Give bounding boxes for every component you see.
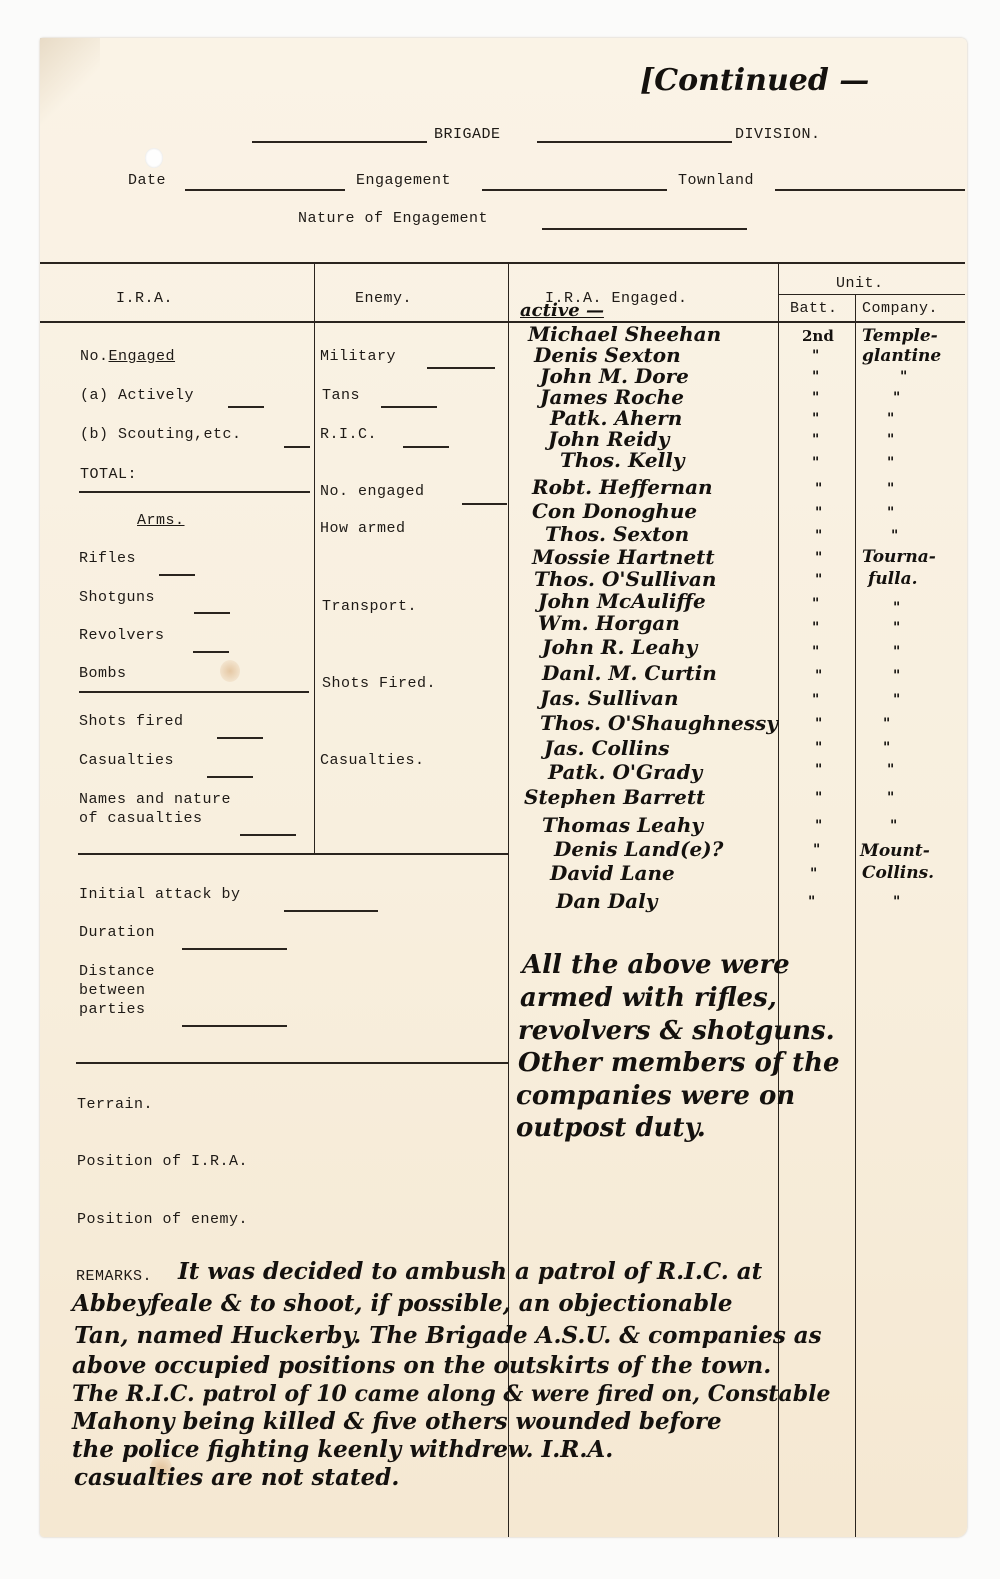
rifles-label: Rifles [79, 550, 136, 568]
table-header-rule [40, 321, 965, 323]
scouting-label: (b) Scouting,etc. [80, 426, 242, 444]
batt-value: " [813, 842, 820, 858]
batt-value: " [812, 596, 819, 612]
total-label: TOTAL: [80, 466, 137, 484]
rifles-field[interactable] [159, 574, 195, 576]
batt-value: " [812, 432, 819, 448]
company-value: " [887, 762, 894, 778]
company-value: " [893, 390, 900, 406]
tans-label: Tans [322, 387, 360, 405]
armed-note-line: Other members of the [518, 1048, 840, 1078]
section-rule-2 [76, 1062, 508, 1064]
batt-value: " [815, 668, 822, 684]
initial-attack-field[interactable] [284, 910, 378, 912]
remarks-line: Abbeyfeale & to shoot, if possible, an o… [72, 1290, 733, 1318]
remarks-label: REMARKS. [76, 1268, 152, 1286]
terrain-label: Terrain. [77, 1096, 153, 1114]
names-nature-label-2: of casualties [79, 810, 203, 828]
names-nature-label-1: Names and nature [79, 791, 231, 809]
batt-value: " [812, 411, 819, 427]
enemy-no-engaged-field[interactable] [462, 503, 507, 505]
armed-note-line: companies were on [516, 1081, 795, 1111]
batt-value: " [815, 481, 822, 497]
company-value: " [893, 600, 900, 616]
division-label: DIVISION. [735, 126, 821, 144]
how-armed-label: How armed [320, 520, 406, 538]
company-value: " [887, 455, 894, 471]
shotguns-field[interactable] [194, 612, 230, 614]
engaged-name: Wm. Horgan [538, 612, 680, 634]
shots-fired-label: Shots fired [79, 713, 184, 731]
initial-attack-label: Initial attack by [79, 886, 241, 904]
revolvers-label: Revolvers [79, 627, 165, 645]
duration-label: Duration [79, 924, 155, 942]
company-value: " [890, 818, 897, 834]
batt-value: " [815, 505, 822, 521]
engaged-name: Stephen Barrett [524, 786, 705, 808]
distance-label-1: Distance [79, 963, 155, 981]
company-value: " [893, 894, 900, 910]
engaged-name: Thos. Kelly [560, 449, 684, 471]
company-value: fulla. [868, 568, 918, 590]
remarks-line: casualties are not stated. [74, 1464, 399, 1492]
company-value: " [887, 790, 894, 806]
engaged-name: John Reidy [548, 428, 669, 450]
townland-label: Townland [678, 172, 754, 190]
batt-value: " [812, 644, 819, 660]
engaged-name: Con Donoghue [532, 500, 697, 522]
engaged-name: Robt. Heffernan [532, 476, 713, 498]
batt-value: " [815, 818, 822, 834]
engaged-name: Denis Sexton [534, 344, 681, 366]
division-field[interactable] [537, 141, 732, 143]
section-rule [78, 853, 508, 855]
engaged-name: Michael Sheehan [528, 323, 721, 345]
shotguns-label: Shotguns [79, 589, 155, 607]
batt-value: " [812, 369, 819, 385]
transport-label: Transport. [322, 598, 417, 616]
company-value: glantine [862, 345, 941, 367]
company-value: " [893, 668, 900, 684]
batt-value: " [815, 528, 822, 544]
arms-heading: Arms. [137, 512, 185, 530]
actively-field[interactable] [228, 406, 264, 408]
shots-fired-field[interactable] [217, 737, 263, 739]
engaged-name: David Lane [550, 862, 675, 884]
scouting-field[interactable] [284, 446, 310, 448]
col-header-unit: Unit. [836, 275, 884, 293]
company-value: Temple- [862, 325, 938, 347]
townland-field[interactable] [775, 189, 965, 191]
batt-value: " [815, 790, 822, 806]
company-value: " [893, 620, 900, 636]
duration-field[interactable] [182, 948, 287, 950]
ric-field[interactable] [403, 446, 449, 448]
engaged-name: Thos. O'Sullivan [534, 568, 716, 590]
engaged-name: Thomas Leahy [542, 814, 703, 836]
casualties-field[interactable] [207, 776, 253, 778]
distance-field[interactable] [182, 1025, 287, 1027]
engagement-field[interactable] [482, 189, 667, 191]
engaged-name: James Roche [540, 386, 684, 408]
armed-note-line: outpost duty. [516, 1113, 706, 1143]
remarks-line: the police fighting keenly withdrew. I.R… [72, 1436, 613, 1464]
company-value: " [887, 481, 894, 497]
company-value: " [887, 505, 894, 521]
engaged-name: Thos. Sexton [545, 523, 689, 545]
engaged-name: Jas. Collins [544, 737, 669, 759]
company-value: " [883, 740, 890, 756]
engaged-name: Mossie Hartnett [532, 546, 715, 568]
actively-label: (a) Actively [80, 387, 194, 405]
company-value: Collins. [862, 862, 934, 884]
ric-label: R.I.C. [320, 426, 377, 444]
batt-value: " [815, 740, 822, 756]
batt-value: 2nd [802, 327, 834, 345]
col-header-enemy: Enemy. [355, 290, 412, 308]
batt-value: " [815, 572, 822, 588]
batt-value: " [812, 348, 819, 364]
position-enemy-label: Position of enemy. [77, 1211, 248, 1229]
engaged-name: Jas. Sullivan [540, 687, 679, 709]
remarks-line: Tan, named Huckerby. The Brigade A.S.U. … [74, 1322, 822, 1350]
batt-value: " [812, 692, 819, 708]
remarks-line: above occupied positions on the outskirt… [72, 1352, 771, 1380]
remarks-line: The R.I.C. patrol of 10 came along & wer… [72, 1380, 830, 1408]
batt-value: " [812, 455, 819, 471]
total-rule [79, 491, 310, 493]
batt-value: " [812, 620, 819, 636]
col-header-company: Company. [862, 300, 938, 318]
company-value: Mount- [860, 840, 930, 862]
brigade-field[interactable] [252, 141, 427, 143]
company-value: " [891, 528, 898, 544]
active-note: active — [520, 300, 604, 322]
batt-value: " [808, 894, 815, 910]
no-engaged-label: No.Engaged [80, 348, 175, 366]
armed-note-line: revolvers & shotguns. [518, 1016, 835, 1046]
company-value: " [887, 432, 894, 448]
table-top-rule [40, 262, 965, 264]
military-field[interactable] [427, 367, 495, 369]
batt-value: " [810, 866, 817, 882]
engaged-name: Denis Land(e)? [554, 838, 723, 860]
brigade-label: BRIGADE [434, 126, 501, 144]
company-value: " [887, 411, 894, 427]
col-header-batt: Batt. [790, 300, 838, 318]
distance-label-3: parties [79, 1001, 146, 1019]
col-divider-batt-company [855, 294, 856, 1537]
batt-value: " [815, 550, 822, 566]
remarks-line: It was decided to ambush a patrol of R.I… [178, 1258, 762, 1286]
date-label: Date [128, 172, 166, 190]
company-value: " [883, 716, 890, 732]
engaged-name: Patk. O'Grady [548, 761, 702, 783]
punch-hole [145, 148, 163, 168]
batt-value: " [812, 390, 819, 406]
company-value: Tourna- [862, 546, 936, 568]
continued-note: [Continued — [640, 64, 869, 98]
stain [220, 660, 240, 682]
enemy-casualties-label: Casualties. [320, 752, 425, 770]
bombs-label: Bombs [79, 665, 127, 683]
engagement-label: Engagement [356, 172, 451, 190]
names-nature-field[interactable] [240, 834, 296, 836]
engaged-name: Dan Daly [556, 890, 657, 912]
col-divider-ira-enemy [314, 263, 315, 853]
col-header-ira: I.R.A. [116, 290, 173, 308]
company-value: " [893, 644, 900, 660]
company-value: " [900, 369, 907, 385]
position-ira-label: Position of I.R.A. [77, 1153, 248, 1171]
unit-split-rule [778, 294, 965, 295]
company-value: " [893, 692, 900, 708]
engaged-name: Danl. M. Curtin [542, 662, 717, 684]
date-field[interactable] [185, 189, 345, 191]
casualties-label: Casualties [79, 752, 174, 770]
revolvers-field[interactable] [193, 651, 229, 653]
armed-note-line: armed with rifles, [520, 983, 777, 1013]
tans-field[interactable] [381, 406, 437, 408]
enemy-shots-fired-label: Shots Fired. [322, 675, 436, 693]
batt-value: " [815, 762, 822, 778]
bombs-rule[interactable] [79, 691, 309, 693]
nature-of-engagement-field[interactable] [542, 228, 747, 230]
engaged-name: John McAuliffe [538, 590, 706, 612]
engaged-name: Patk. Ahern [550, 407, 682, 429]
engaged-name: John M. Dore [540, 365, 689, 387]
nature-of-engagement-label: Nature of Engagement [298, 210, 488, 228]
remarks-line: Mahony being killed & five others wounde… [72, 1408, 722, 1436]
engaged-name: John R. Leahy [542, 636, 697, 658]
batt-value: " [815, 716, 822, 732]
armed-note-line: All the above were [522, 950, 790, 980]
military-label: Military [320, 348, 396, 366]
enemy-no-engaged-label: No. engaged [320, 483, 425, 501]
distance-label-2: between [79, 982, 146, 1000]
engaged-name: Thos. O'Shaughnessy [540, 712, 778, 734]
